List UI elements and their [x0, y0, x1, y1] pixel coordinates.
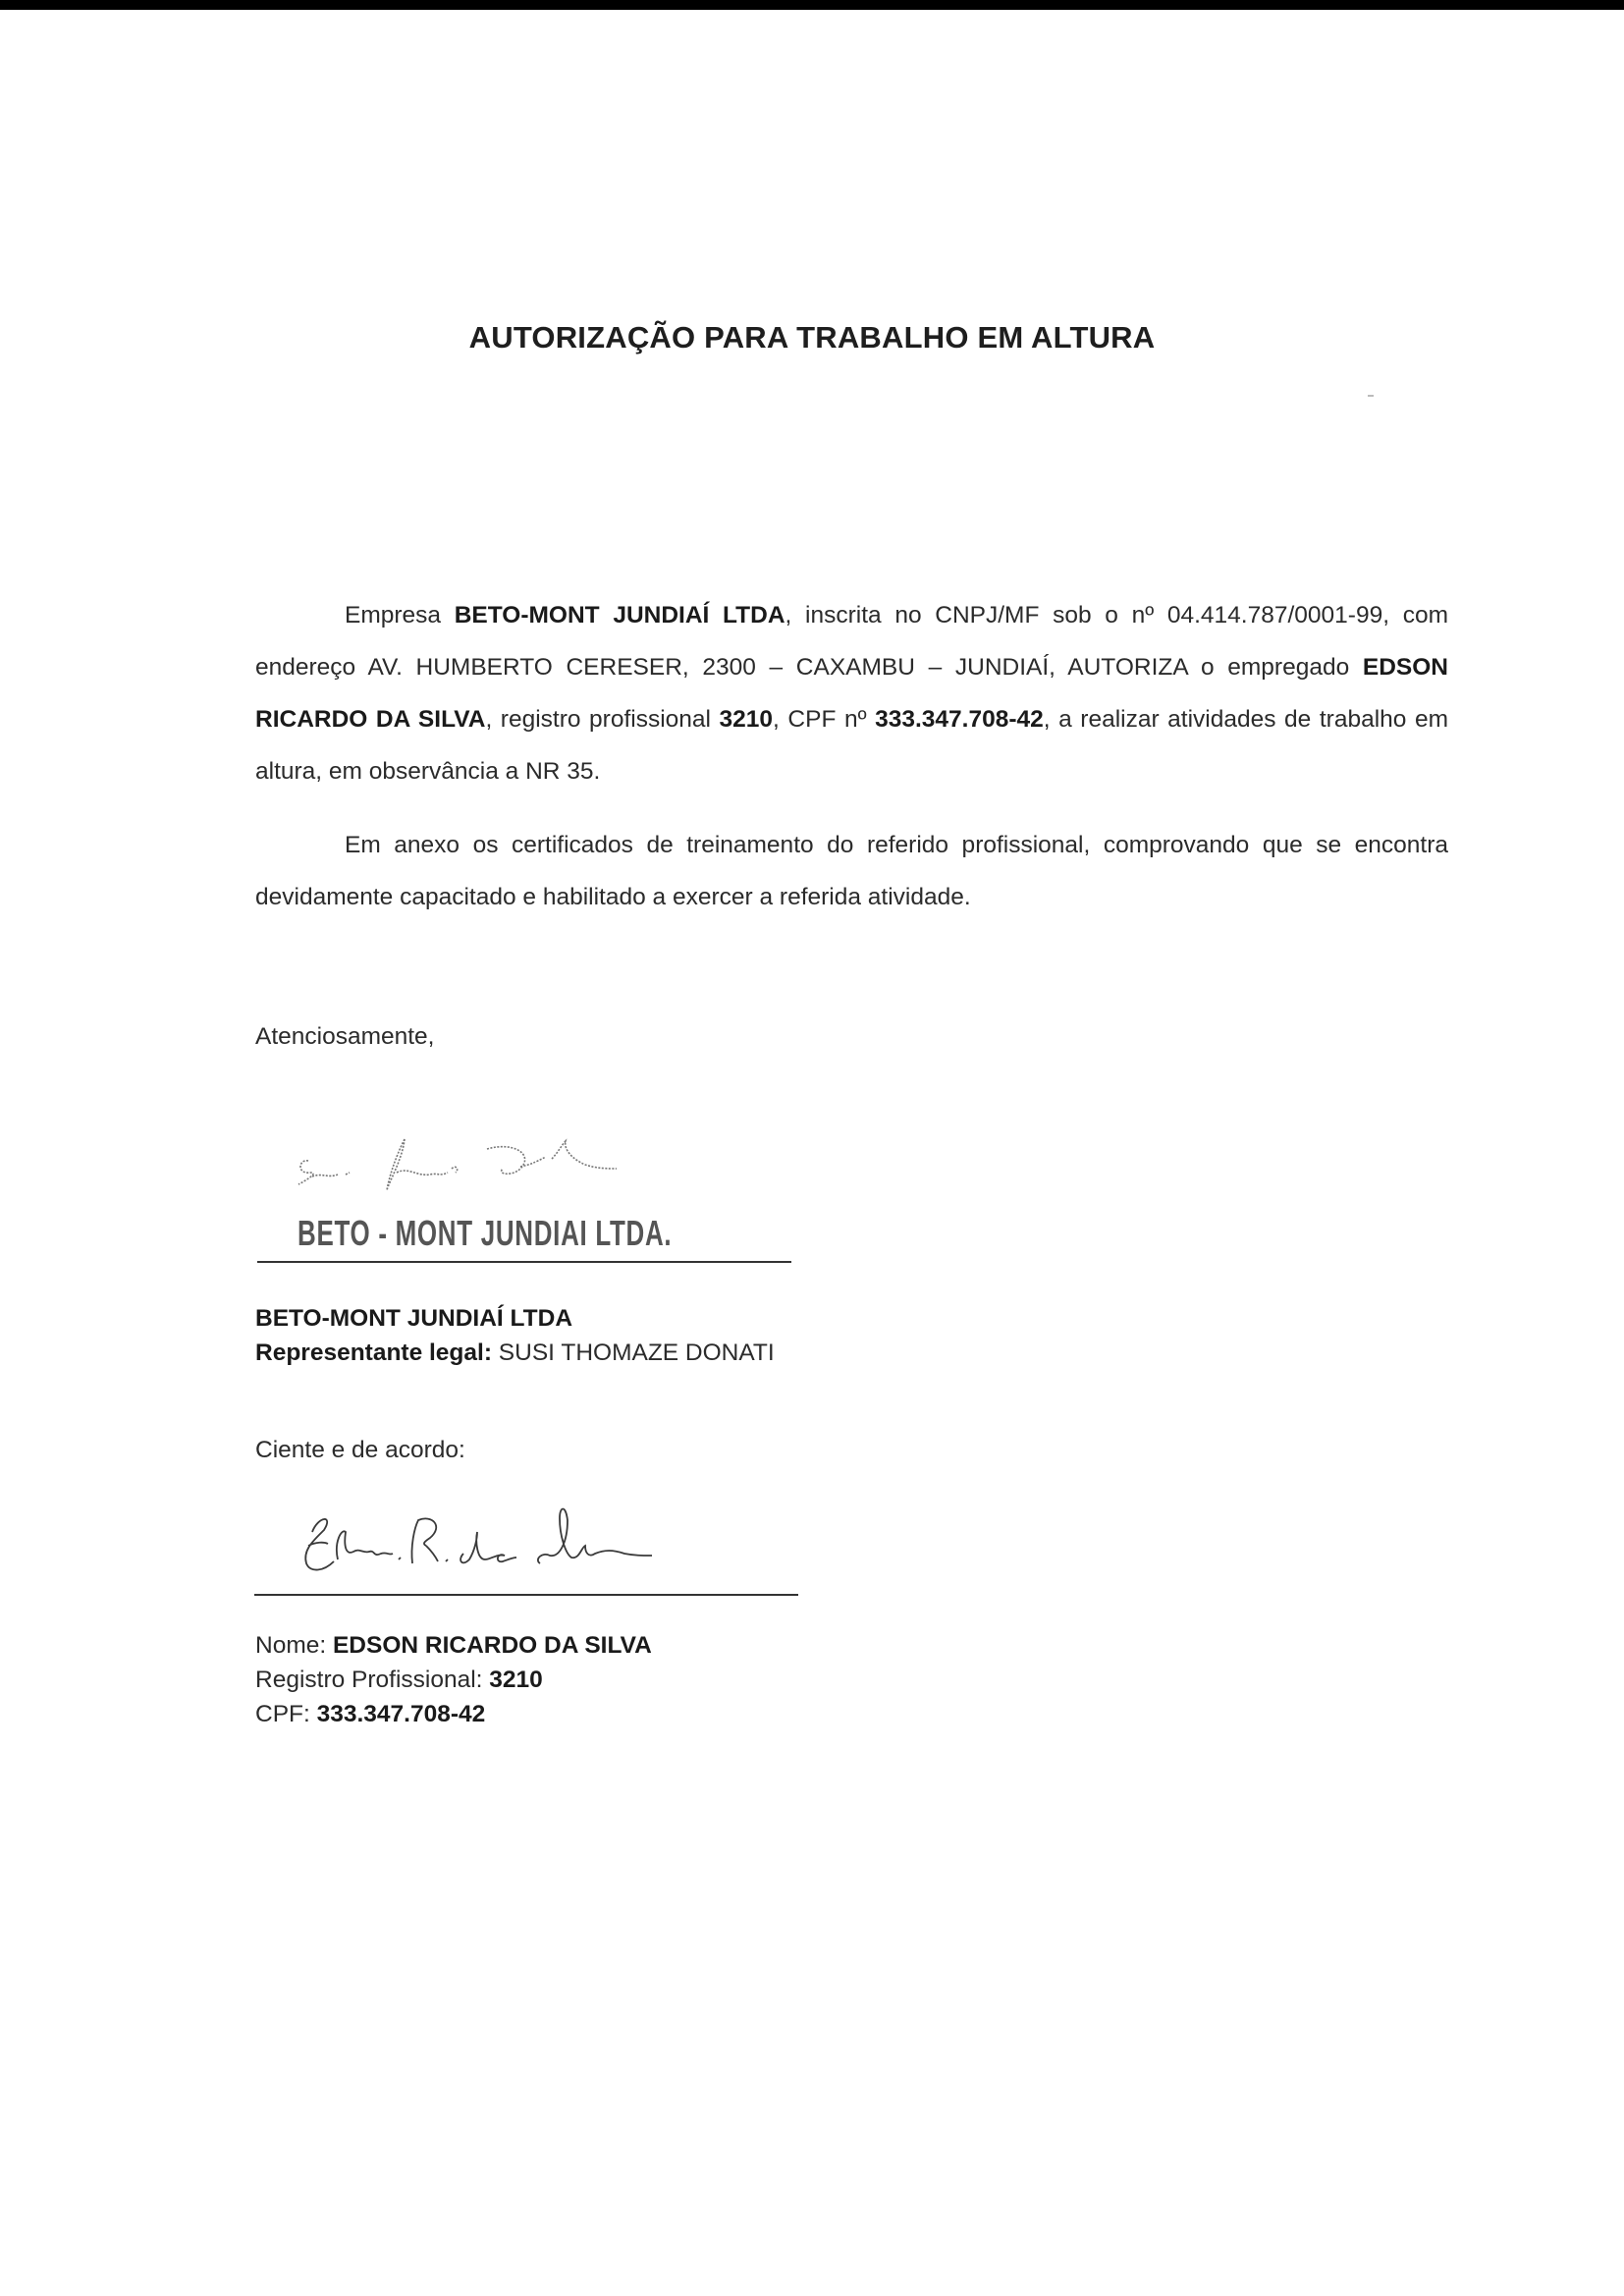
employee-name-value: EDSON RICARDO DA SILVA: [333, 1632, 652, 1659]
cpf-value: 333.347.708-42: [317, 1701, 486, 1727]
scan-speck: [1368, 395, 1374, 397]
registration-value: 3210: [489, 1667, 543, 1693]
employee-signature-scribble: [295, 1503, 707, 1601]
representative-name: SUSI THOMAZE DONATI: [492, 1339, 775, 1366]
closing-text: Atenciosamente,: [255, 1023, 435, 1051]
text: , registro profissional: [485, 706, 719, 733]
company-stamp: BETO - MONT JUNDIAI LTDA.: [298, 1213, 672, 1254]
agreement-label: Ciente e de acordo:: [255, 1437, 465, 1464]
cpf-number: 333.347.708-42: [875, 706, 1044, 733]
name-label: Nome:: [255, 1632, 333, 1659]
document-title: AUTORIZAÇÃO PARA TRABALHO EM ALTURA: [0, 320, 1624, 355]
text: Empresa: [345, 602, 455, 629]
authorization-paragraph: Empresa BETO-MONT JUNDIAÍ LTDA, inscrita…: [255, 589, 1448, 797]
registration-number: 3210: [720, 706, 774, 733]
company-signature-block: BETO-MONT JUNDIAÍ LTDA Representante leg…: [255, 1301, 775, 1370]
employee-signature-block: Nome: EDSON RICARDO DA SILVA Registro Pr…: [255, 1628, 652, 1731]
company-signature-scribble: [295, 1129, 687, 1218]
certificates-paragraph: Em anexo os certificados de treinamento …: [255, 819, 1448, 923]
registration-label: Registro Profissional:: [255, 1667, 489, 1693]
scan-top-border: [0, 0, 1624, 10]
employee-signature-line: [254, 1594, 798, 1596]
cpf-label: CPF:: [255, 1701, 317, 1727]
company-signature-line: [257, 1261, 791, 1263]
company-name: BETO-MONT JUNDIAÍ LTDA: [455, 602, 785, 629]
company-name-label: BETO-MONT JUNDIAÍ LTDA: [255, 1305, 572, 1332]
certificates-text: Em anexo os certificados de treinamento …: [255, 819, 1448, 923]
representative-label: Representante legal:: [255, 1339, 492, 1366]
text: , CPF nº: [773, 706, 875, 733]
